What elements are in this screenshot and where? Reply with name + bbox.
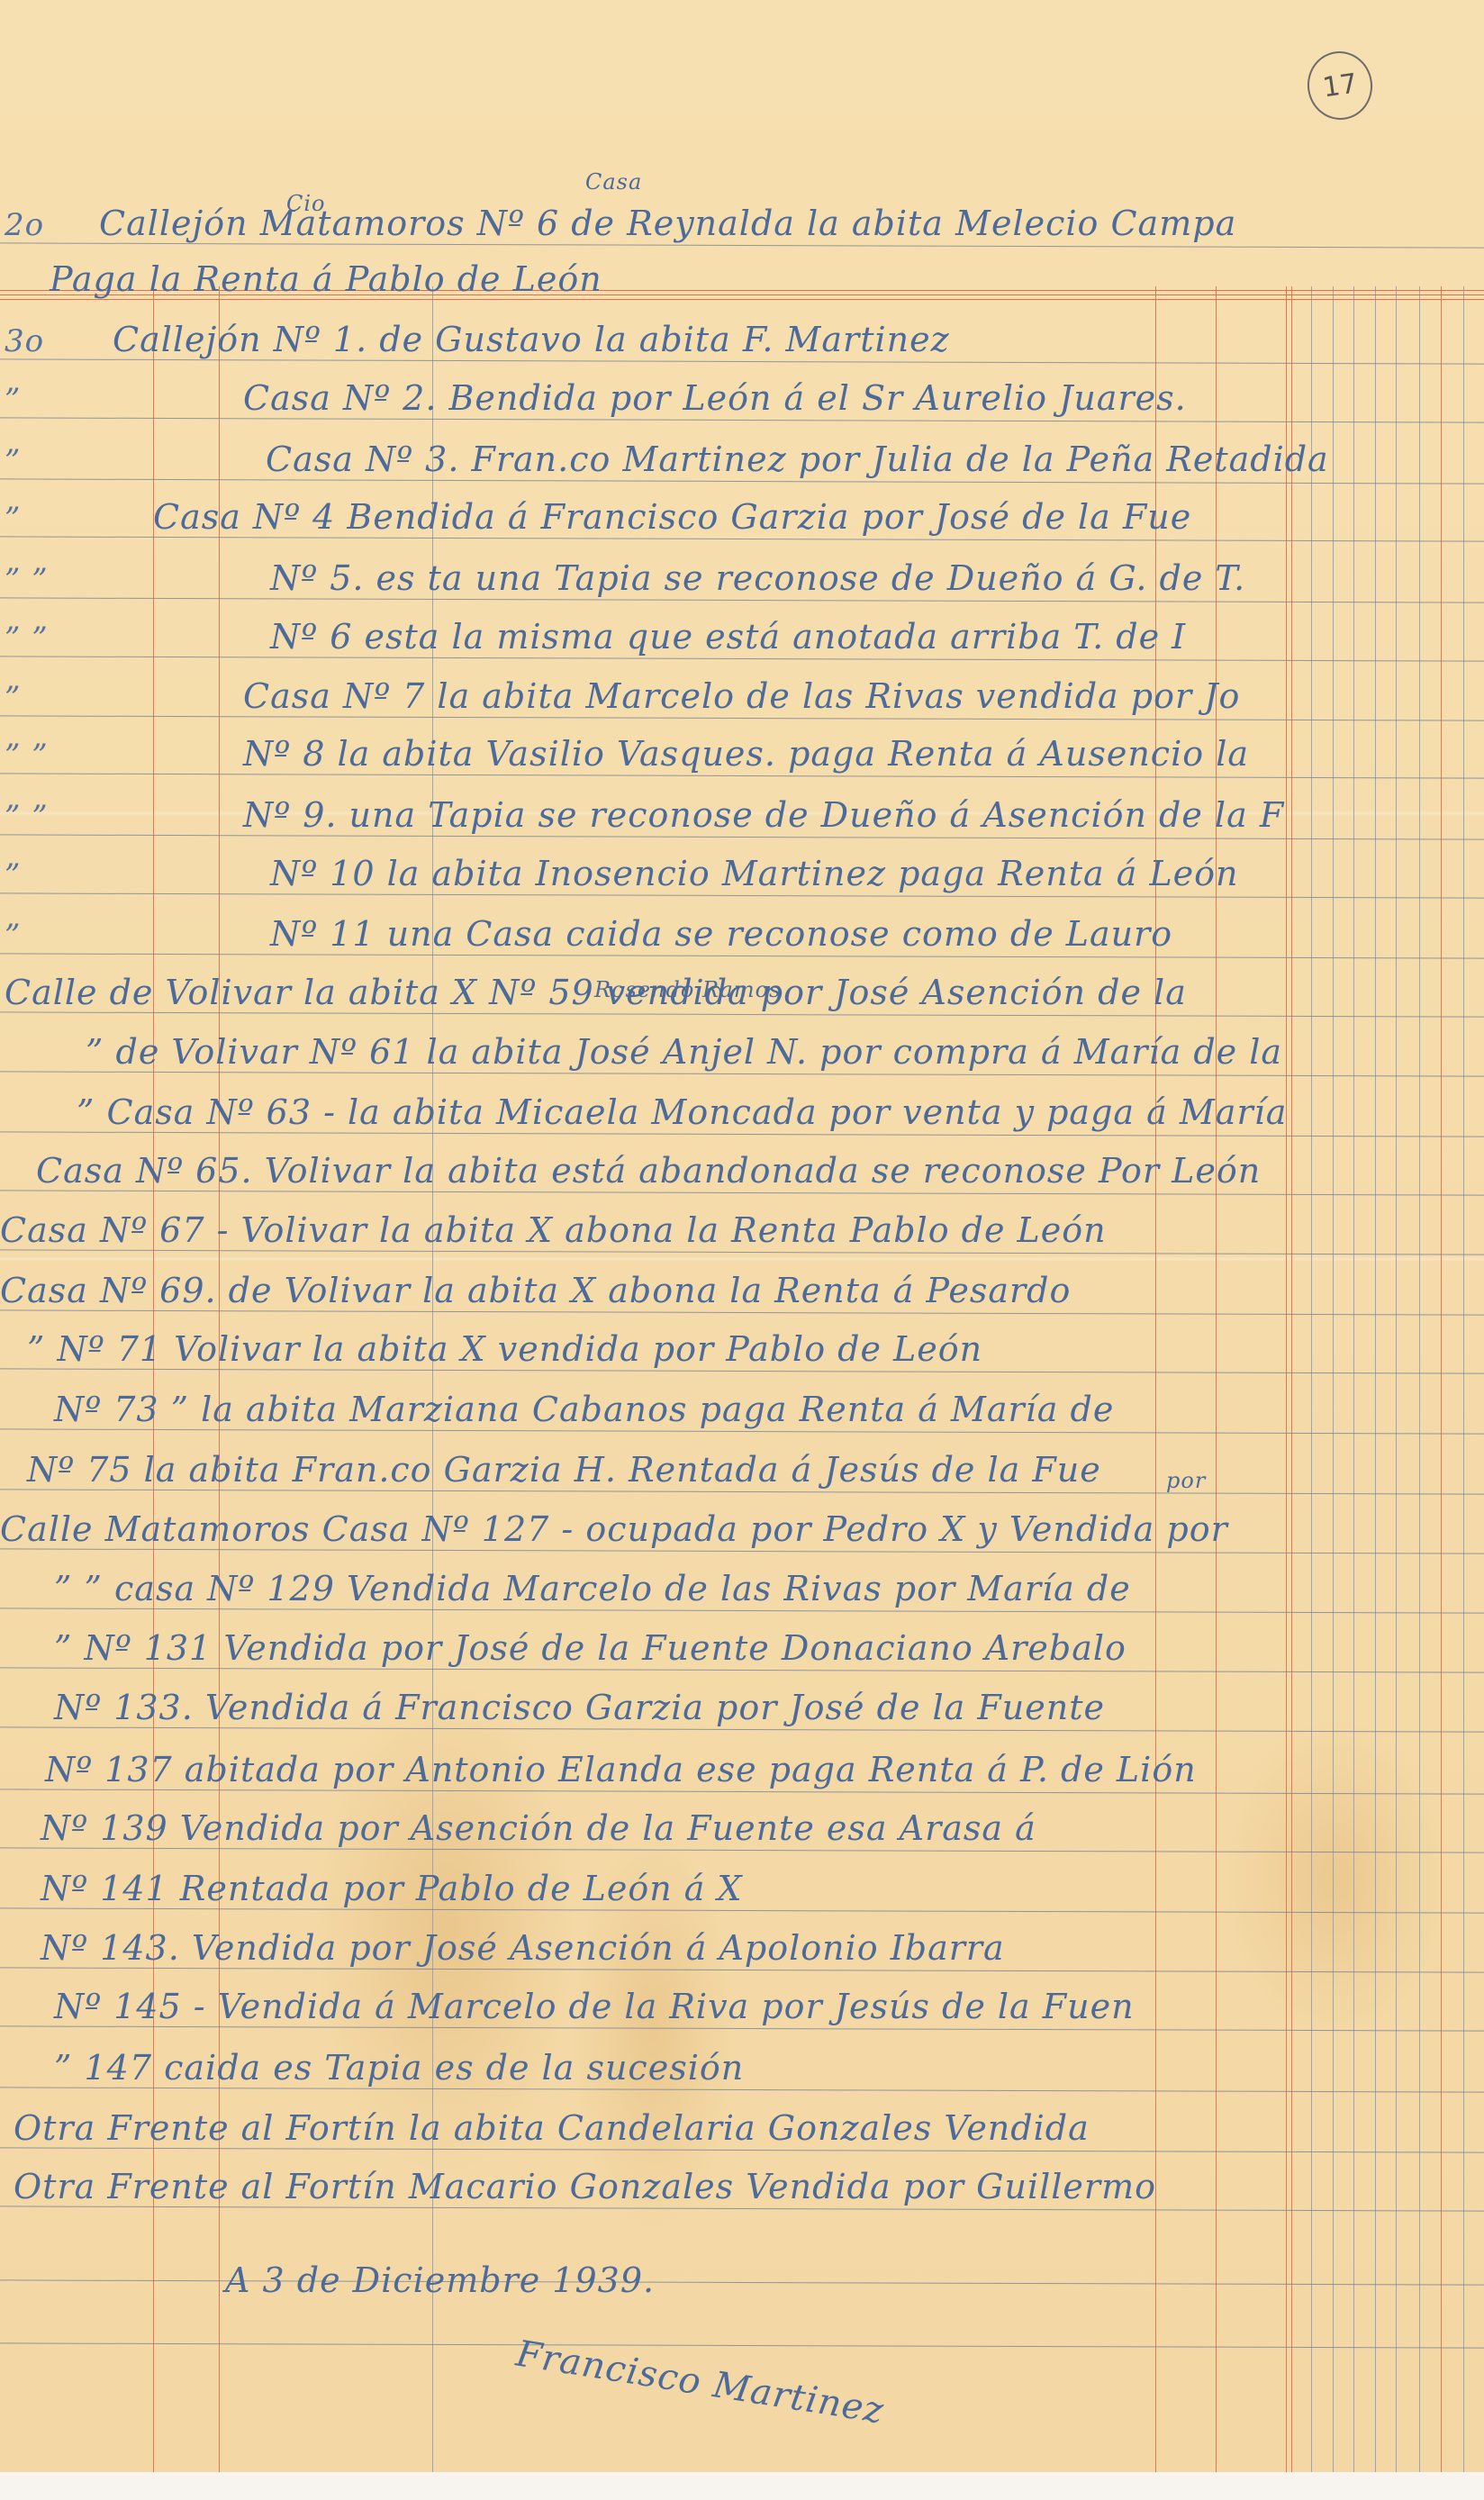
ledger-entry: ” Nº 71 Volivar la abita X vendida por P…: [27, 1329, 982, 1369]
ledger-entry: Nº 137 abitada por Antonio Elanda ese pa…: [45, 1750, 1197, 1789]
ledger-entry: Nº 145 - Vendida á Marcelo de la Riva po…: [54, 1987, 1135, 2026]
ledger-entry: Casa Nº 2. Bendida por León á el Sr Aure…: [243, 378, 1187, 418]
annotation-cio: Cio: [286, 191, 326, 216]
ledger-entry: Casa Nº 7 la abita Marcelo de las Rivas …: [243, 676, 1240, 716]
ledger-entry: Casa Nº 3. Fran.co Martinez por Julia de…: [266, 439, 1329, 479]
ledger-entry: Nº 75 la abita Fran.co Garzia H. Rentada…: [27, 1450, 1101, 1490]
scan-margin: [0, 2472, 1484, 2500]
ledger-entry: Nº 141 Rentada por Pablo de León á X: [41, 1869, 743, 1908]
ledger-entry: Nº 73 ” la abita Marziana Cabanos paga R…: [54, 1390, 1114, 1429]
column-rule-blue: [1333, 286, 1334, 2473]
ledger-entry: Otra Frente al Fortín la abita Candelari…: [14, 2108, 1090, 2148]
ledger-entry: Nº 10 la abita Inosencio Martinez paga R…: [270, 854, 1239, 893]
header-rule-red: [0, 299, 1484, 300]
entry-margin-mark: ” ”: [5, 620, 49, 657]
entry-margin-mark: ” ”: [5, 799, 49, 835]
column-rule-red: [1286, 286, 1287, 2473]
entry-margin-mark: ”: [5, 680, 21, 716]
entry-margin-mark: ”: [5, 918, 21, 954]
date-line: A 3 de Diciembre 1939.: [225, 2260, 655, 2300]
entry-margin-mark: ”: [5, 501, 21, 537]
ledger-entry: ” Casa Nº 63 - la abita Micaela Moncada …: [77, 1092, 1287, 1132]
column-rule-blue: [1311, 286, 1312, 2473]
column-rule-blue: [1396, 286, 1397, 2473]
ledger-entry: Callejón Nº 1. de Gustavo la abita F. Ma…: [113, 320, 950, 359]
ledger-entry: Calle Matamoros Casa Nº 127 - ocupada po…: [0, 1509, 1228, 1549]
column-rule-blue: [1463, 286, 1464, 2473]
entry-margin-mark: ”: [5, 382, 21, 418]
ledger-entry: Nº 143. Vendida por José Asención á Apol…: [41, 1928, 1005, 1968]
ledger-entry: Casa Nº 65. Volivar la abita está abando…: [36, 1151, 1261, 1191]
column-rule-blue: [1419, 286, 1420, 2473]
entry-margin-mark: 3o: [5, 323, 44, 359]
column-rule-red: [1441, 286, 1442, 2473]
ledger-entry: Nº 139 Vendida por Asención de la Fuente…: [41, 1808, 1036, 1848]
ledger-entry: Casa Nº 67 - Volivar la abita X abona la…: [0, 1210, 1107, 1250]
ledger-entry: Otra Frente al Fortín Macario Gonzales V…: [14, 2167, 1156, 2206]
ledger-entry: Casa Nº 69. de Volivar la abita X abona …: [0, 1271, 1071, 1310]
column-rule-red: [1155, 286, 1156, 2473]
annotation-rosendo-ramos: Rosendo Ramos: [594, 977, 781, 1002]
column-rule-blue: [1353, 286, 1354, 2473]
ledger-entry: Callejón Matamoros Nº 6 de Reynalda la a…: [99, 204, 1236, 243]
column-rule-red: [1291, 286, 1292, 2473]
ledger-entry: Nº 9. una Tapia se reconose de Dueño á A…: [243, 795, 1284, 835]
ledger-entry: Nº 6 esta la misma que está anotada arri…: [270, 617, 1186, 657]
annotation-por: por: [1166, 1468, 1206, 1493]
ledger-entry: ” 147 caida es Tapia es de la sucesión: [54, 2048, 744, 2088]
ledger-entry: ” Nº 131 Vendida por José de la Fuente D…: [54, 1628, 1127, 1668]
entry-margin-mark: ” ”: [5, 738, 49, 774]
entry-margin-mark: ” ”: [5, 562, 49, 598]
entry-margin-mark: 2o: [5, 207, 44, 243]
entry-margin-mark: ”: [5, 443, 21, 479]
column-rule-blue: [1375, 286, 1376, 2473]
ledger-entry: Casa Nº 4 Bendida á Francisco Garzia por…: [153, 497, 1191, 537]
ledger-entry: Nº 133. Vendida á Francisco Garzia por J…: [54, 1688, 1105, 1727]
paper-fold: [0, 1256, 1484, 1262]
ledger-entry: Paga la Renta á Pablo de León: [50, 259, 602, 299]
ledger-entry: ” de Volivar Nº 61 la abita José Anjel N…: [86, 1032, 1282, 1072]
column-rule-red: [1216, 286, 1217, 2473]
ledger-entry: Nº 11 una Casa caida se reconose como de…: [270, 914, 1172, 954]
ledger-entry: Nº 8 la abita Vasilio Vasques. paga Rent…: [243, 734, 1249, 774]
ledger-entry: ” ” casa Nº 129 Vendida Marcelo de las R…: [54, 1569, 1131, 1608]
annotation-casa: Casa: [585, 169, 642, 195]
entry-margin-mark: ”: [5, 857, 21, 893]
ledger-entry: Nº 5. es ta una Tapia se reconose de Due…: [270, 558, 1245, 598]
